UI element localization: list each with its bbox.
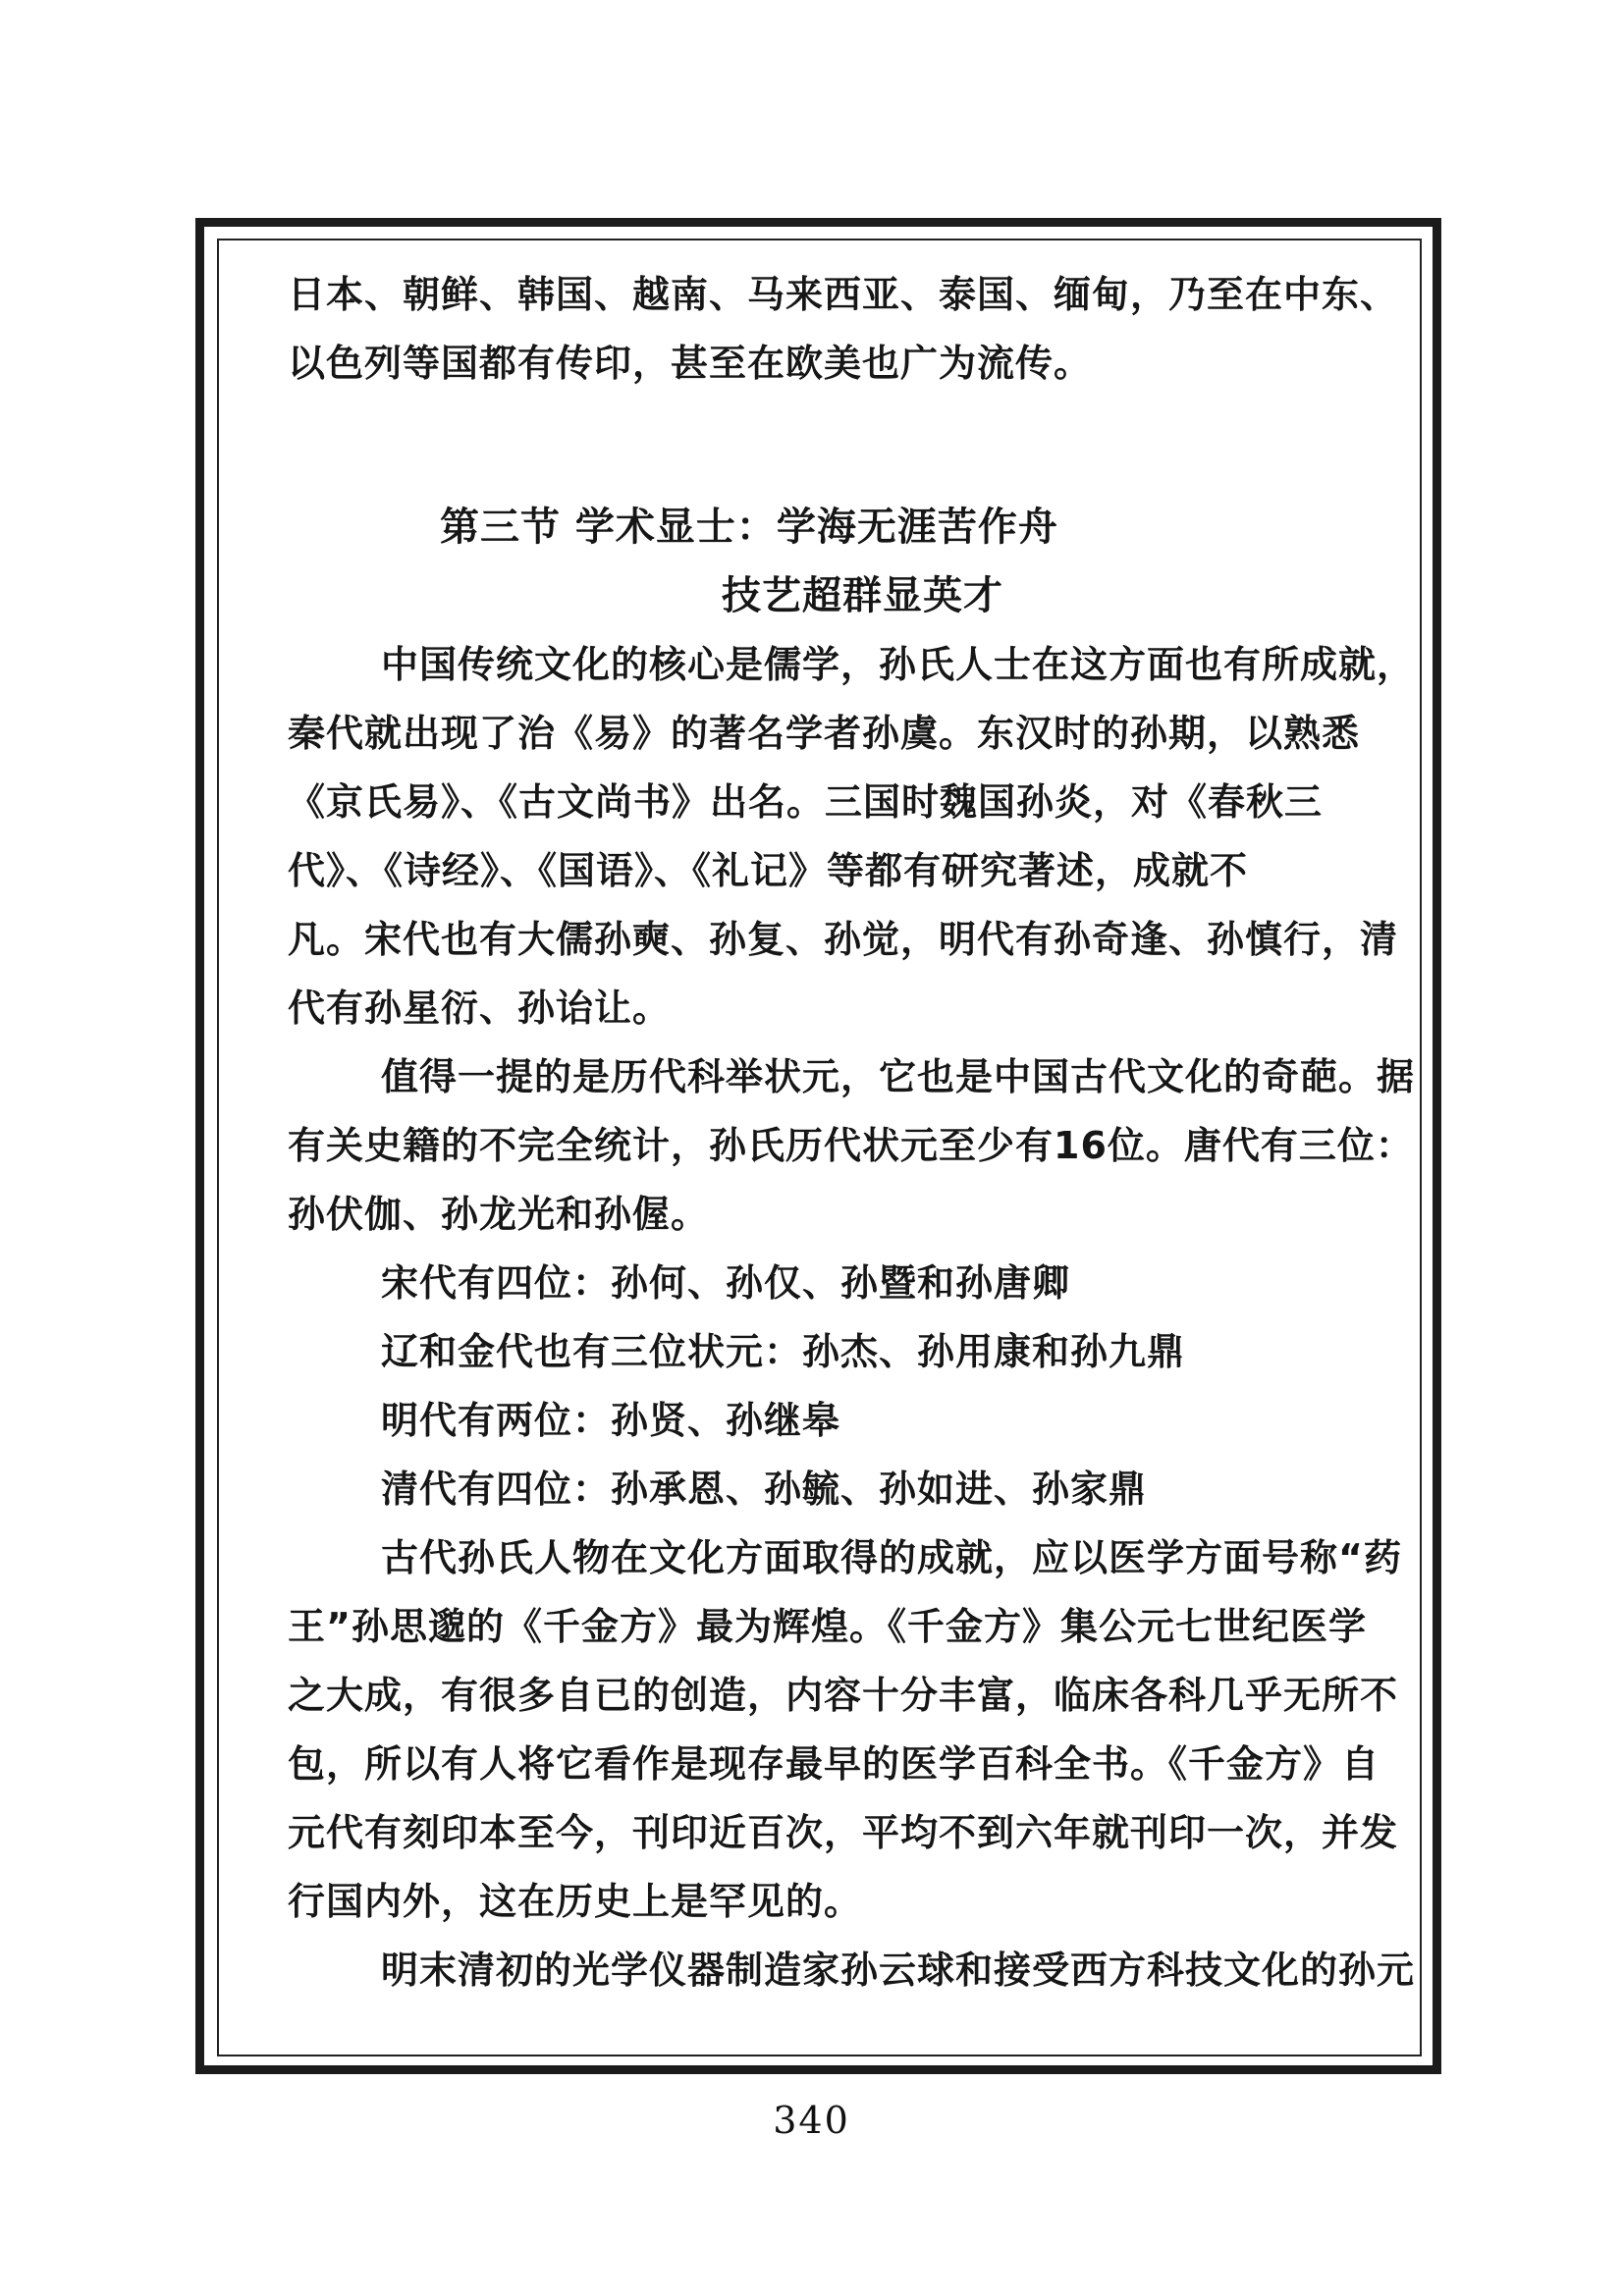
- section-heading-line2: 技艺超群显英才: [722, 561, 1374, 630]
- text-line: 包，所以有人将它看作是现存最早的医学百科全书。《千金方》自: [288, 1730, 1374, 1798]
- text-line: 明代有两位：孙贤、孙继皋: [288, 1386, 1374, 1455]
- text-line: 《京氏易》、《古文尚书》出名。三国时魏国孙炎，对《春秋三: [288, 768, 1374, 836]
- text-line: 日本、朝鲜、韩国、越南、马来西亚、泰国、缅甸，乃至在中东、: [288, 260, 1374, 329]
- text-line: 以色列等国都有传印，甚至在欧美也广为流传。: [288, 329, 1374, 398]
- text-line: 元代有刻印本至今，刊印近百次，平均不到六年就刊印一次，并发: [288, 1798, 1374, 1867]
- text-line: 秦代就出现了治《易》的著名学者孙虞。东汉时的孙期，以熟悉: [288, 699, 1374, 768]
- text-line: 有关史籍的不完全统计，孙氏历代状元至少有16位。唐代有三位：: [288, 1111, 1374, 1180]
- page-number: 340: [0, 2099, 1623, 2142]
- text-line: 之大成，有很多自已的创造，内容十分丰富，临床各科几乎无所不: [288, 1661, 1374, 1730]
- text-block: 日本、朝鲜、韩国、越南、马来西亚、泰国、缅甸，乃至在中东、 以色列等国都有传印，…: [288, 260, 1374, 2004]
- text-line: 孙伏伽、孙龙光和孙偓。: [288, 1180, 1374, 1249]
- text-line: 值得一提的是历代科举状元，它也是中国古代文化的奇葩。据: [288, 1042, 1374, 1111]
- text-line: 中国传统文化的核心是儒学，孙氏人士在这方面也有所成就，: [288, 630, 1374, 699]
- section-heading-line1: 第三节 学术显士：学海无涯苦作舟: [440, 493, 1374, 561]
- text-line: 凡。宋代也有大儒孙奭、孙复、孙觉，明代有孙奇逢、孙慎行，清: [288, 905, 1374, 974]
- text-line: 王”孙思邈的《千金方》最为辉煌。《千金方》集公元七世纪医学: [288, 1592, 1374, 1661]
- text-line: 辽和金代也有三位状元：孙杰、孙用康和孙九鼎: [288, 1317, 1374, 1386]
- text-line: 明末清初的光学仪器制造家孙云球和接受西方科技文化的孙元: [288, 1936, 1374, 2004]
- text-line: 代》、《诗经》、《国语》、《礼记》等都有研究著述，成就不: [288, 836, 1374, 905]
- text-line: 代有孙星衍、孙诒让。: [288, 974, 1374, 1042]
- section-gap: [288, 398, 1374, 493]
- text-line: 行国内外，这在历史上是罕见的。: [288, 1867, 1374, 1936]
- text-line: 宋代有四位：孙何、孙仅、孙暨和孙唐卿: [288, 1249, 1374, 1317]
- text-line: 清代有四位：孙承恩、孙毓、孙如进、孙家鼎: [288, 1455, 1374, 1523]
- text-line: 古代孙氏人物在文化方面取得的成就，应以医学方面号称“药: [288, 1523, 1374, 1592]
